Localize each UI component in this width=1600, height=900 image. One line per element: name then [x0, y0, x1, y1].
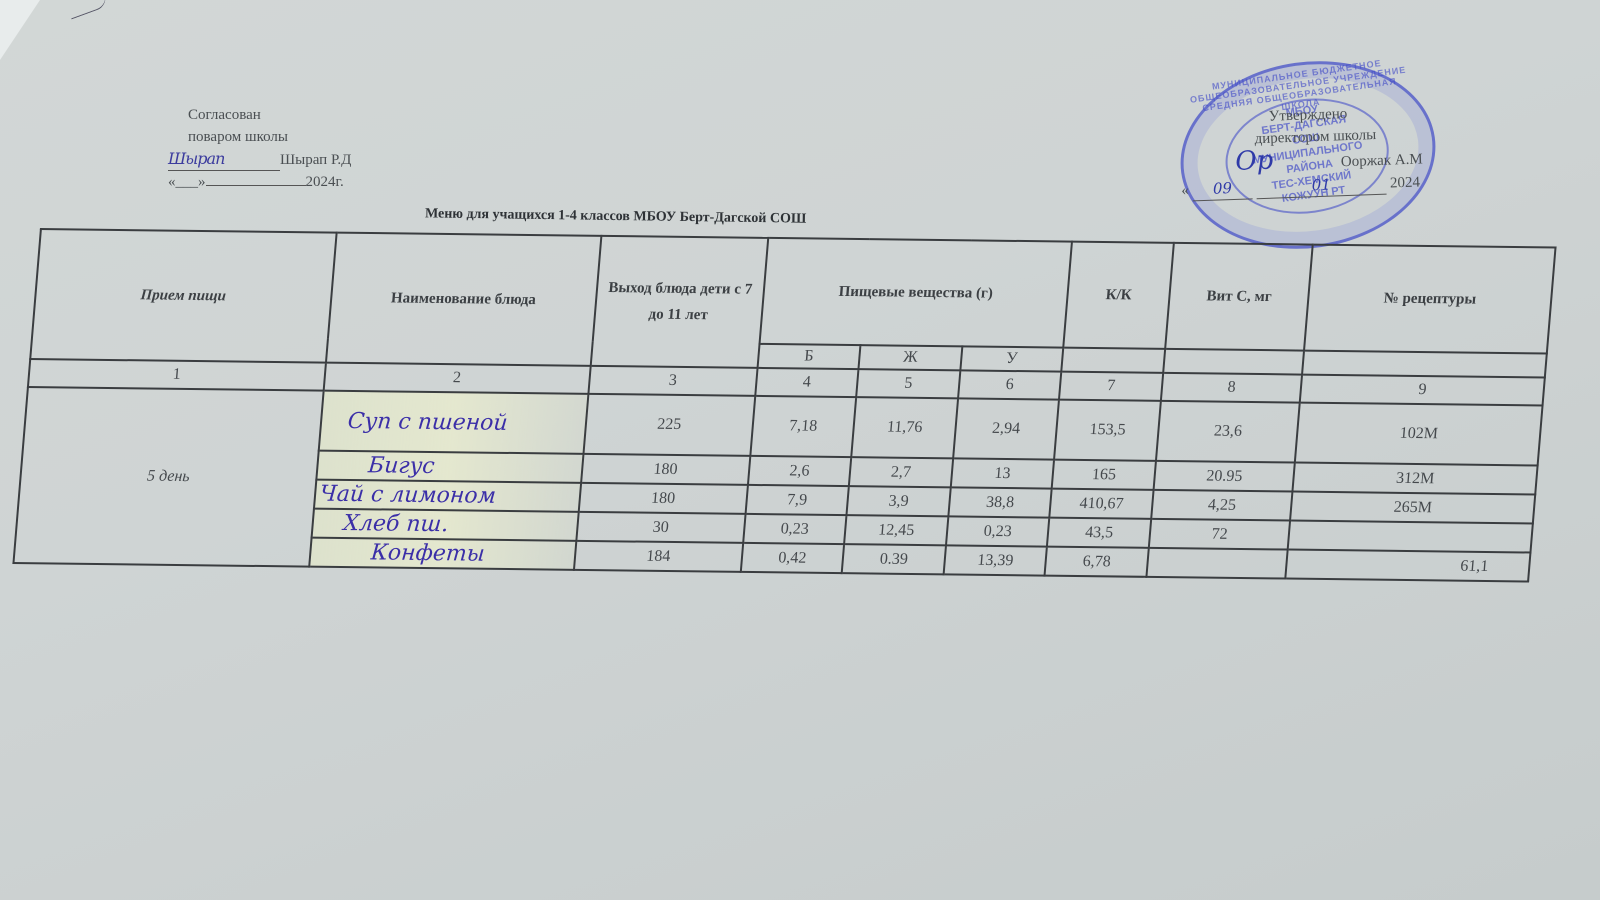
approval-day: 09: [1192, 176, 1253, 201]
vitc-cell: [1146, 548, 1288, 579]
quote-open: «: [1181, 183, 1189, 199]
kcal-cell: 43,5: [1047, 518, 1151, 548]
carbs-cell: 13,39: [943, 545, 1047, 575]
protein-cell: 7,18: [750, 396, 856, 457]
header-yield: Выход блюда дети с 7 до 11 лет: [591, 236, 768, 368]
vitc-cell: 23,6: [1156, 401, 1300, 463]
header-vitc: Вит С, мг: [1165, 243, 1313, 351]
subheader-fat: Ж: [859, 345, 962, 370]
kcal-cell: 6,78: [1045, 547, 1149, 577]
protein-cell: 2,6: [748, 456, 852, 486]
date-day-blank: «___»: [168, 174, 206, 190]
approver-role: поваром школы: [168, 126, 351, 148]
header-row: Прием пищи Наименование блюда Выход блюд…: [32, 229, 1555, 354]
background-corner: [0, 0, 40, 60]
carbs-cell: 0,23: [946, 516, 1050, 546]
protein-cell: 0,42: [740, 543, 844, 573]
header-nutrients: Пищевые вещества (г): [759, 238, 1072, 348]
carbs-cell: 2,94: [953, 398, 1059, 459]
vitc-cell: 20.95: [1153, 461, 1295, 492]
column-number: 6: [958, 370, 1062, 399]
fat-cell: 12,45: [844, 515, 948, 545]
menu-table: Прием пищи Наименование блюда Выход блюд…: [12, 228, 1556, 583]
kcal-cell: 153,5: [1054, 400, 1160, 461]
subheader-empty: [1062, 348, 1165, 373]
menu-title: Меню для учащихся 1-4 классов МБОУ Берт-…: [425, 206, 806, 227]
yield-cell: 180: [581, 454, 750, 485]
column-number: 7: [1059, 372, 1163, 401]
director-signature: Ор: [1235, 146, 1274, 177]
carbs-cell: 38,8: [948, 487, 1052, 517]
column-number: 1: [28, 359, 326, 391]
dish-name: Чай с лимоном: [314, 480, 581, 512]
dish-name: Суп с пшеной: [318, 391, 588, 454]
fat-cell: 2,7: [849, 457, 953, 487]
header-dish: Наименование блюда: [326, 233, 602, 366]
subheader-empty: [1163, 349, 1304, 375]
header-kcal: К/К: [1064, 242, 1174, 349]
subheader-carbs: У: [960, 346, 1063, 371]
column-number: 5: [856, 369, 960, 398]
header-meal: Прием пищи: [30, 229, 336, 363]
protein-cell: 0,23: [743, 514, 847, 544]
dish-name: Бигус: [316, 451, 583, 483]
date-year: 2024г.: [306, 174, 344, 190]
column-number: 3: [588, 366, 757, 396]
vitc-cell: 72: [1149, 519, 1291, 550]
fat-cell: 3,9: [847, 486, 951, 516]
column-number: 9: [1300, 375, 1545, 406]
dish-name: Хлеб пш.: [311, 509, 578, 541]
director-name: Ооржак А.М: [1341, 151, 1423, 170]
subheader-protein: Б: [757, 344, 860, 369]
approval-month: 01: [1256, 172, 1387, 200]
paper-sheet: Согласован поваром школы ШырапШырап Р.Д …: [0, 0, 1600, 900]
pen-mark: [67, 0, 109, 19]
column-number: 2: [323, 363, 590, 394]
protein-cell: 7,9: [745, 485, 849, 515]
recipe-cell: 102М: [1295, 403, 1542, 466]
recipe-cell: 61,1: [1286, 550, 1531, 582]
approval-block-cook: Согласован поваром школы ШырапШырап Р.Д …: [168, 104, 351, 193]
cook-name: Шырап Р.Д: [280, 152, 351, 168]
header-recipe: № рецептуры: [1304, 245, 1555, 354]
column-number: 8: [1161, 373, 1303, 403]
approval-block-director: Утверждено директором школы Ор Ооржак А.…: [1213, 100, 1423, 200]
column-number: 4: [755, 368, 859, 397]
subheader-empty: [1302, 351, 1546, 378]
menu-table-wrapper: Прием пищи Наименование блюда Выход блюд…: [12, 228, 1556, 583]
day-label: 5 день: [13, 387, 323, 567]
fat-cell: 11,76: [851, 397, 957, 458]
recipe-cell: 265М: [1290, 492, 1535, 524]
vitc-cell: 4,25: [1151, 490, 1293, 521]
kcal-cell: 165: [1052, 460, 1156, 490]
dish-name: Конфеты: [309, 538, 576, 570]
kcal-cell: 410,67: [1050, 489, 1154, 519]
fat-cell: 0.39: [842, 544, 946, 574]
date-month-blank: [206, 185, 306, 186]
cook-signature: Шырап: [168, 148, 280, 171]
recipe-cell: [1288, 521, 1533, 553]
yield-cell: 180: [579, 483, 748, 514]
approval-label: Согласован: [168, 104, 351, 126]
yield-cell: 225: [583, 394, 755, 456]
carbs-cell: 13: [951, 458, 1055, 488]
approval-year: 2024: [1390, 174, 1421, 191]
recipe-cell: 312М: [1293, 463, 1538, 495]
yield-cell: 184: [574, 541, 743, 572]
yield-cell: 30: [576, 512, 745, 543]
